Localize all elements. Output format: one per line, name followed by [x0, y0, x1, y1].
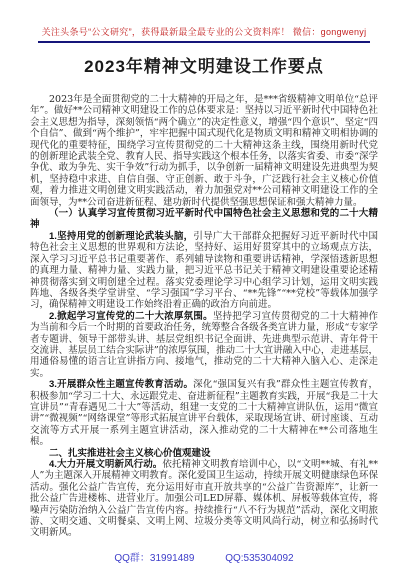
numbered-item-2: 2.掀起学习宣传党的二十大浓厚氛围。坚持把学习宣传贯彻党的二十大精神作为当前和今…: [30, 311, 378, 379]
document-body: 2023年是全面贯彻党的二十大精神的开局之年，是***省级精神文明单位“总评年”…: [30, 94, 378, 539]
header-notice-text: 关注头条号“公文研究”，获得最新最全最专业的公文资料库！ 微信：gongweny…: [38, 25, 371, 43]
footer-contact: QQ群：31991489 QQ:535304092: [0, 549, 408, 564]
footer-qq-group: QQ群：31991489: [114, 553, 194, 564]
section-heading-1-text: （一）认真学习宣传贯彻习近平新时代中国特色社会主义思想和党的二十大精神: [30, 208, 378, 230]
section-heading-1: （一）认真学习宣传贯彻习近平新时代中国特色社会主义思想和党的二十大精神: [30, 208, 378, 231]
numbered-item-4-text: 依托精神文明教育培训中心，以“文明**城、有礼**人”为主题深入开展精神文明教育…: [30, 459, 378, 538]
footer-qq: QQ:535304092: [225, 553, 293, 564]
numbered-item-4: 4.大力开展文明新风行动。依托精神文明教育培训中心，以“文明**城、有礼**人”…: [30, 459, 378, 539]
intro-paragraph: 2023年是全面贯彻党的二十大精神的开局之年，是***省级精神文明单位“总评年”…: [30, 94, 378, 208]
numbered-item-2-lead: 2.掀起学习宣传党的二十大浓厚氛围。: [49, 311, 213, 322]
numbered-item-3: 3.开展群众性主题宣传教育活动。深化“强国复兴有我”群众性主题宣传教育，积极参加…: [30, 379, 378, 447]
header-banner: 关注头条号“公文研究”，获得最新最全最专业的公文资料库！ 微信：gongweny…: [0, 20, 408, 43]
section-heading-2-text: 二、扎实推进社会主义核心价值观建设: [49, 448, 211, 459]
numbered-item-4-lead: 4.大力开展文明新风行动。: [49, 459, 162, 470]
numbered-item-3-lead: 3.开展群众性主题宣传教育活动。: [49, 379, 193, 390]
numbered-item-1-lead: 1.坚持用党的创新理论武装头脑，: [49, 231, 193, 242]
section-heading-2: 二、扎实推进社会主义核心价值观建设: [30, 448, 378, 459]
numbered-item-1: 1.坚持用党的创新理论武装头脑，引导广大干部群众把握好习近平新时代中国特色社会主…: [30, 231, 378, 311]
document-page: 关注头条号“公文研究”，获得最新最全最专业的公文资料库！ 微信：gongweny…: [0, 0, 408, 580]
document-title: 2023年精神文明建设工作要点: [0, 52, 408, 77]
numbered-item-1-text: 引导广大干部群众把握好习近平新时代中国特色社会主义思想的世界观和方法论，坚持好、…: [30, 231, 378, 310]
